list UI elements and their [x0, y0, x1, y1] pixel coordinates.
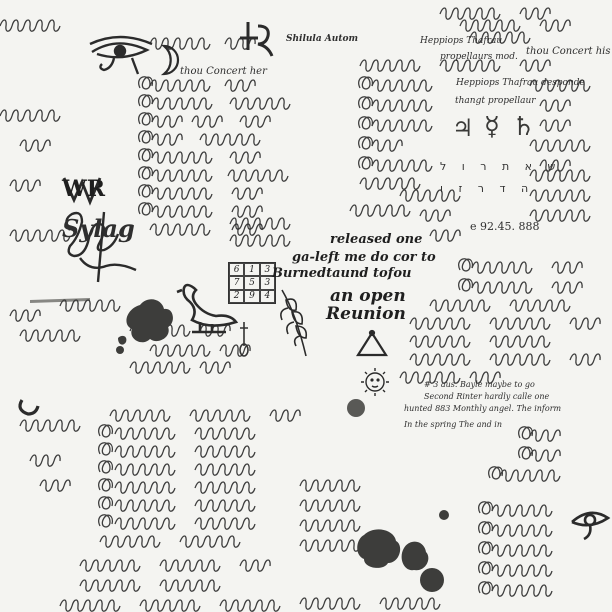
text-small-signature: Shilula Autom — [286, 34, 358, 44]
feather-icon — [281, 290, 306, 356]
magic-square-cell: 2 — [229, 290, 244, 303]
magic-square-cell: 6 — [229, 263, 244, 276]
saturn-symbol-icon: ♄ — [512, 114, 535, 140]
text-reunion: Reunion — [326, 304, 406, 324]
magic-square-cell: 7 — [229, 276, 244, 289]
hebrew-row-2: ה ד ר ז ו — [440, 182, 534, 195]
text-numbers: e 92.45. 888 — [470, 220, 540, 233]
magic-square-cell: 9 — [244, 290, 259, 303]
text-thafrau-2: Heppiops Thafrau desponde — [456, 78, 585, 88]
triangle-icon — [358, 331, 386, 355]
magic-square: 6 1 3 7 5 3 2 9 4 — [228, 262, 276, 304]
moon-face-icon — [164, 46, 178, 74]
text-open: an open — [330, 286, 406, 306]
text-hundred: hunted 883 Monthly angel. The inform — [404, 404, 561, 413]
text-concert-1: thou Concert her — [180, 66, 267, 77]
text-propeller-2: propellaurs mod. — [440, 52, 518, 62]
magic-square-cell: 5 — [244, 276, 259, 289]
manuscript-canvas — [0, 0, 612, 612]
eye-of-horus-icon — [90, 37, 152, 74]
jupiter-symbol-icon: ♃ — [452, 116, 474, 140]
ink-blot-bottom-mid — [402, 542, 429, 571]
text-thafrau: Heppiops Thafrau — [420, 36, 502, 46]
hebrew-row-1: ש א ת ר ו ל — [440, 160, 561, 173]
alchemy-glyph-icon — [240, 22, 272, 56]
text-signature: Sylag — [62, 214, 135, 243]
magic-square-cell: 1 — [244, 263, 259, 276]
text-burned: Burnedtaund tofou — [272, 266, 411, 281]
ink-blot-large — [126, 299, 172, 342]
magic-square-cell: 4 — [260, 290, 275, 303]
text-note-2: Second Rinter hardly calle one — [424, 392, 549, 401]
text-wr: WR — [62, 176, 105, 202]
ink-blots — [30, 298, 449, 592]
text-propeller-1: thangt propellaur — [455, 96, 536, 106]
text-concert-2: thou Concert his — [526, 46, 610, 57]
text-released: released one — [330, 232, 422, 247]
text-spring: In the spring The and in — [404, 420, 502, 429]
text-left: ga-left me do cor to — [292, 250, 436, 265]
text-note-1: # 3 aus. Bayle maybe to go — [424, 380, 535, 389]
sun-face-icon — [361, 368, 389, 396]
eye-icon — [572, 513, 608, 539]
mercury-symbol-icon: ☿ — [484, 114, 500, 140]
ink-blot-bottom-left — [357, 529, 400, 568]
